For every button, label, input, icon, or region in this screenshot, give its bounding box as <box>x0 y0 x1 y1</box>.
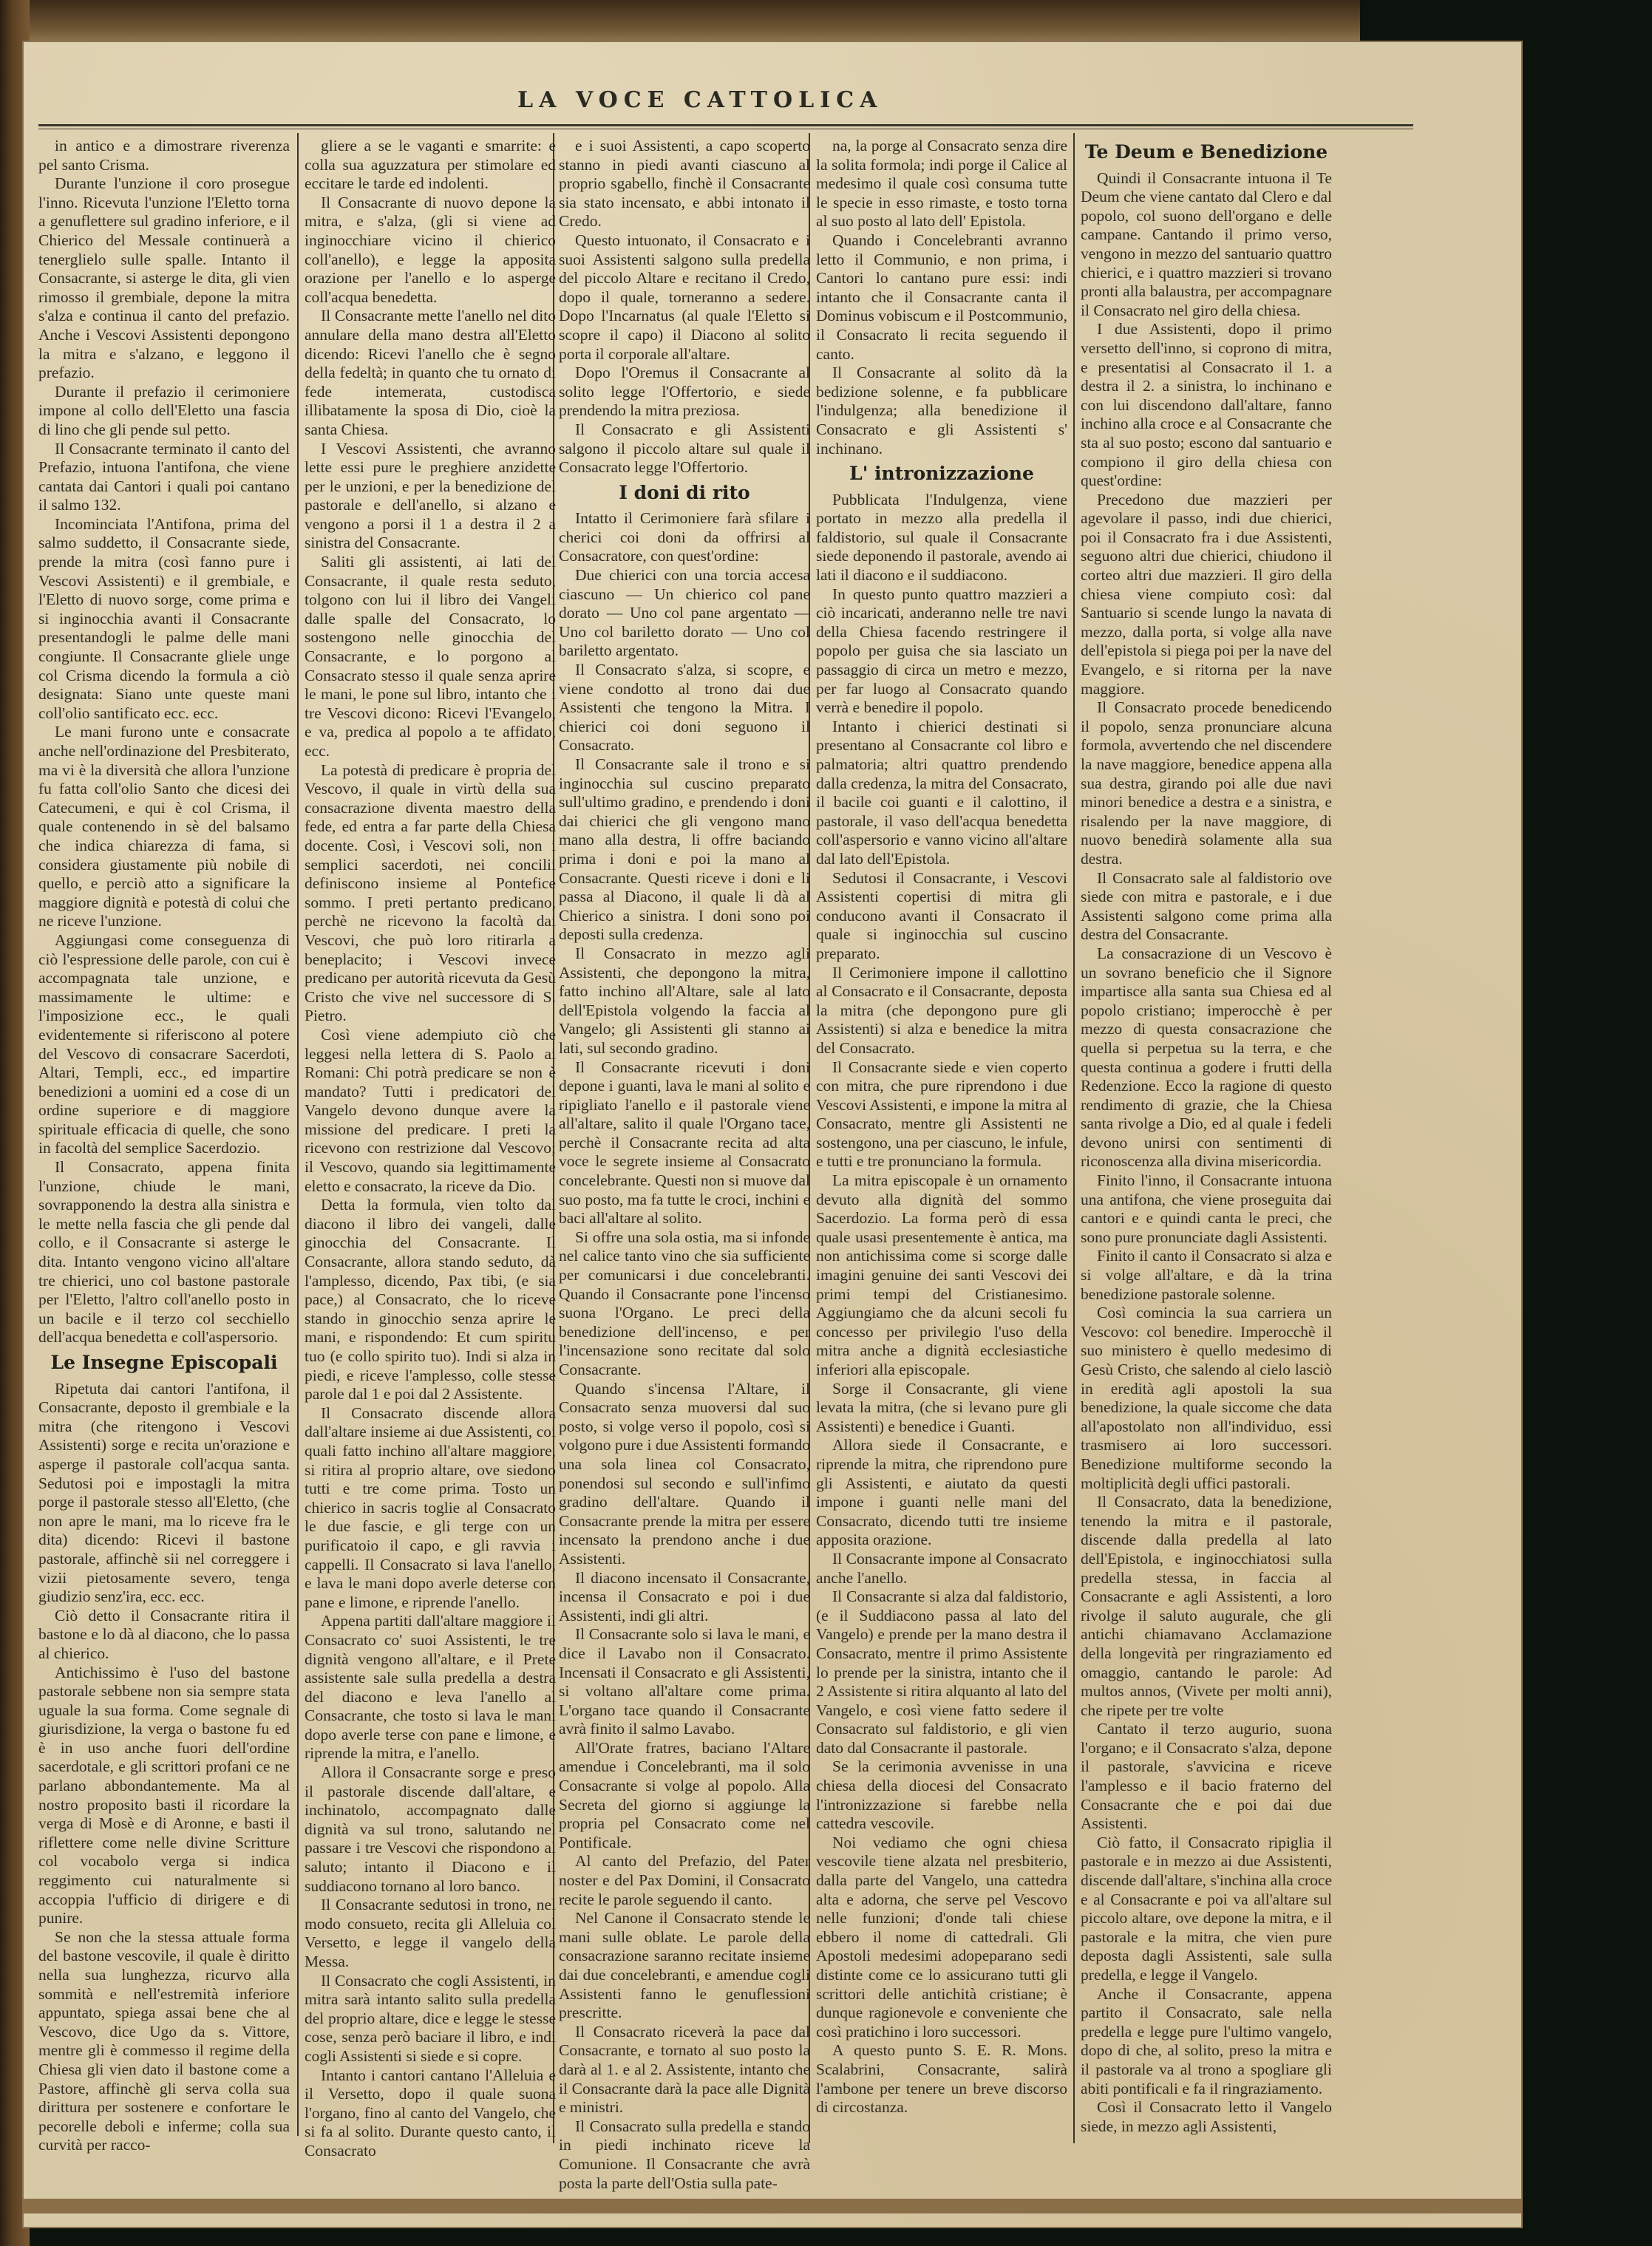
article-paragraph: I Vescovi Assistenti, che avranno lette … <box>305 440 556 554</box>
column-divider <box>297 133 299 2136</box>
article-paragraph: Precedono due mazzieri per agevolare il … <box>1081 491 1332 699</box>
article-paragraph: Due chierici con una torcia accesa ciasc… <box>559 566 810 661</box>
article-paragraph: Intanto i cantori cantano l'Alleluia e i… <box>305 2066 556 2161</box>
section-heading: I doni di rito <box>559 483 810 503</box>
article-paragraph: Ripetuta dai cantori l'antifona, il Cons… <box>38 1380 290 1607</box>
article-paragraph: na, la porge al Consacrato senza dire la… <box>816 137 1067 231</box>
article-paragraph: Al canto del Prefazio, del Pater noster … <box>559 1852 810 1909</box>
article-paragraph: Il Consacrato, data la benedizione, tene… <box>1081 1493 1332 1720</box>
column-divider <box>1073 133 1075 2143</box>
article-paragraph: Intanto i chierici destinati si presenta… <box>816 718 1067 869</box>
article-paragraph: Quando s'incensa l'Altare, il Consacrato… <box>559 1380 810 1569</box>
article-paragraph: Così comincia la sua carriera un Vescovo… <box>1081 1304 1332 1493</box>
article-paragraph: Finito l'inno, il Consacrante intuona un… <box>1081 1171 1332 1247</box>
article-paragraph: Durante l'unzione il coro prosegue l'inn… <box>38 174 290 383</box>
article-paragraph: Il Consacrato sulla predella e stando in… <box>559 2117 810 2193</box>
article-paragraph: Il Consacrato riceverà la pace dal Consa… <box>559 2023 810 2117</box>
article-paragraph: Anche il Consacrante, appena partito il … <box>1081 1985 1332 2099</box>
section-heading: Le Insegne Episcopali <box>38 1353 290 1372</box>
article-paragraph: Sorge il Consacrante, gli viene levata l… <box>816 1380 1067 1437</box>
page-bottom-edge <box>22 2199 1523 2213</box>
article-paragraph: Pubblicata l'Indulgenza, viene portato i… <box>816 491 1067 585</box>
article-paragraph: Nel Canone il Consacrato stende le mani … <box>559 1909 810 2023</box>
article-paragraph: La potestà di predicare è propria del Ve… <box>305 761 556 1026</box>
header-rule <box>38 124 1413 126</box>
article-paragraph: Se la cerimonia avvenisse in una chiesa … <box>816 1757 1067 1833</box>
article-paragraph: Intatto il Cerimoniere farà sfilare i ch… <box>559 509 810 566</box>
article-paragraph: Allora il Consacrante sorge e preso il p… <box>305 1763 556 1896</box>
article-paragraph: Il Consacrante sedutosi in trono, nel mo… <box>305 1896 556 1971</box>
article-paragraph: Il Consacrante sale il trono e si ingino… <box>559 755 810 945</box>
article-paragraph: Così viene adempiuto ciò che leggesi nel… <box>305 1026 556 1196</box>
masthead-title: LA VOCE CATTOLICA <box>517 87 976 124</box>
article-paragraph: Aggiungasi come conseguenza di ciò l'esp… <box>38 931 290 1158</box>
article-paragraph: Il Cerimoniere impone il callottino al C… <box>816 964 1067 1058</box>
article-paragraph: Il Consacrante impone al Consacrato anch… <box>816 1550 1067 1587</box>
article-paragraph: Cantato il terzo augurio, suona l'organo… <box>1081 1720 1332 1834</box>
article-paragraph: Antichissimo è l'uso del bastone pastora… <box>38 1664 290 1928</box>
section-heading: L' intronizzazione <box>816 464 1067 483</box>
article-paragraph: Ciò fatto, il Consacrato ripiglia il pas… <box>1081 1834 1332 1985</box>
article-paragraph: Se non che la stessa attuale forma del b… <box>38 1928 290 2155</box>
article-paragraph: Sedutosi il Consacrante, i Vescovi Assis… <box>816 869 1067 964</box>
article-paragraph: Questo intuonato, il Consacrato e i suoi… <box>559 231 810 364</box>
article-paragraph: La mitra episcopale è un ornamento devut… <box>816 1171 1067 1380</box>
article-paragraph: Il Consacrante solo si lava le mani, e d… <box>559 1625 810 1739</box>
article-paragraph: Il Consacrato, appena finita l'unzione, … <box>38 1158 290 1347</box>
article-paragraph: Dopo l'Oremus il Consacrante al solito l… <box>559 364 810 421</box>
article-paragraph: Le mani furono unte e consacrate anche n… <box>38 723 290 931</box>
article-paragraph: Saliti gli assistenti, ai lati del Consa… <box>305 553 556 761</box>
article-paragraph: All'Orate fratres, baciano l'Altare amen… <box>559 1739 810 1853</box>
article-paragraph: I due Assistenti, dopo il primo versetto… <box>1081 320 1332 490</box>
article-paragraph: Il Consacrato e gli Assistenti salgono i… <box>559 421 810 477</box>
article-paragraph: Il Consacrato discende allora dall'altar… <box>305 1404 556 1613</box>
column-3: e i suoi Assistenti, a capo scoperto sta… <box>559 137 810 2193</box>
article-paragraph: Il Consacrato che cogli Assistenti, in m… <box>305 1972 556 2066</box>
article-paragraph: Detta la formula, vien tolto dal diacono… <box>305 1196 556 1404</box>
column-1: in antico e a dimostrare riverenza pel s… <box>38 137 290 2155</box>
article-paragraph: Quando i Concelebranti avranno letto il … <box>816 231 1067 364</box>
article-paragraph: Noi vediamo che ogni chiesa vescovile ti… <box>816 1834 1067 2042</box>
article-paragraph: Il Consacrato procede benedicendo il pop… <box>1081 698 1332 868</box>
article-paragraph: Il Consacrante mette l'anello nel dito a… <box>305 307 556 439</box>
article-paragraph: Il Consacrante terminato il canto del Pr… <box>38 440 290 515</box>
article-paragraph: in antico e a dimostrare riverenza pel s… <box>38 137 290 174</box>
article-paragraph: Il Consacrante ricevuti i doni depone i … <box>559 1058 810 1228</box>
article-paragraph: gliere a se le vaganti e smarrite: e col… <box>305 137 556 194</box>
article-paragraph: Allora siede il Consacrante, e riprende … <box>816 1436 1067 1550</box>
article-paragraph: In questo punto quattro mazzieri a ciò i… <box>816 585 1067 718</box>
column-4: na, la porge al Consacrato senza dire la… <box>816 137 1067 2117</box>
article-paragraph: Si offre una sola ostia, ma si infonde n… <box>559 1228 810 1380</box>
article-paragraph: Incominciata l'Antifona, prima del salmo… <box>38 515 290 724</box>
article-paragraph: A questo punto S. E. R. Mons. Scalabrini… <box>816 2041 1067 2117</box>
article-paragraph: Il Consacrante si alza dal faldistorio, … <box>816 1587 1067 1757</box>
article-paragraph: Il Consacrato s'alza, si scopre, e viene… <box>559 661 810 755</box>
article-paragraph: e i suoi Assistenti, a capo scoperto sta… <box>559 137 810 231</box>
article-paragraph: Il Consacrante al solito dà la bedizione… <box>816 364 1067 458</box>
article-paragraph: Ciò detto il Consacrante ritira il basto… <box>38 1607 290 1664</box>
article-paragraph: Così il Consacrato letto il Vangelo sied… <box>1081 2098 1332 2136</box>
article-paragraph: Il Consacrato sale al faldistorio ove si… <box>1081 869 1332 945</box>
article-paragraph: Il Consacrato in mezzo agli Assistenti, … <box>559 945 810 1058</box>
article-paragraph: Appena partiti dall'altare maggiore il C… <box>305 1612 556 1763</box>
column-2: gliere a se le vaganti e smarrite: e col… <box>305 137 556 2161</box>
article-paragraph: Il Consacrante siede e vien coperto con … <box>816 1058 1067 1172</box>
article-paragraph: Il Consacrante di nuovo depone la mitra,… <box>305 194 556 307</box>
section-heading: Te Deum e Benedizione <box>1081 143 1332 162</box>
article-paragraph: La consacrazione di un Vescovo è un sovr… <box>1081 945 1332 1171</box>
article-paragraph: Durante il prefazio il cerimoniere impon… <box>38 383 290 440</box>
article-paragraph: Finito il canto il Consacrato si alza e … <box>1081 1247 1332 1304</box>
article-paragraph: Il diacono incensato il Consacrante, inc… <box>559 1569 810 1626</box>
header-rule-thin <box>38 129 1413 129</box>
article-paragraph: Quindi il Consacrante intuona il Te Deum… <box>1081 169 1332 321</box>
column-5: Te Deum e BenedizioneQuindi il Consacran… <box>1081 137 1332 2136</box>
